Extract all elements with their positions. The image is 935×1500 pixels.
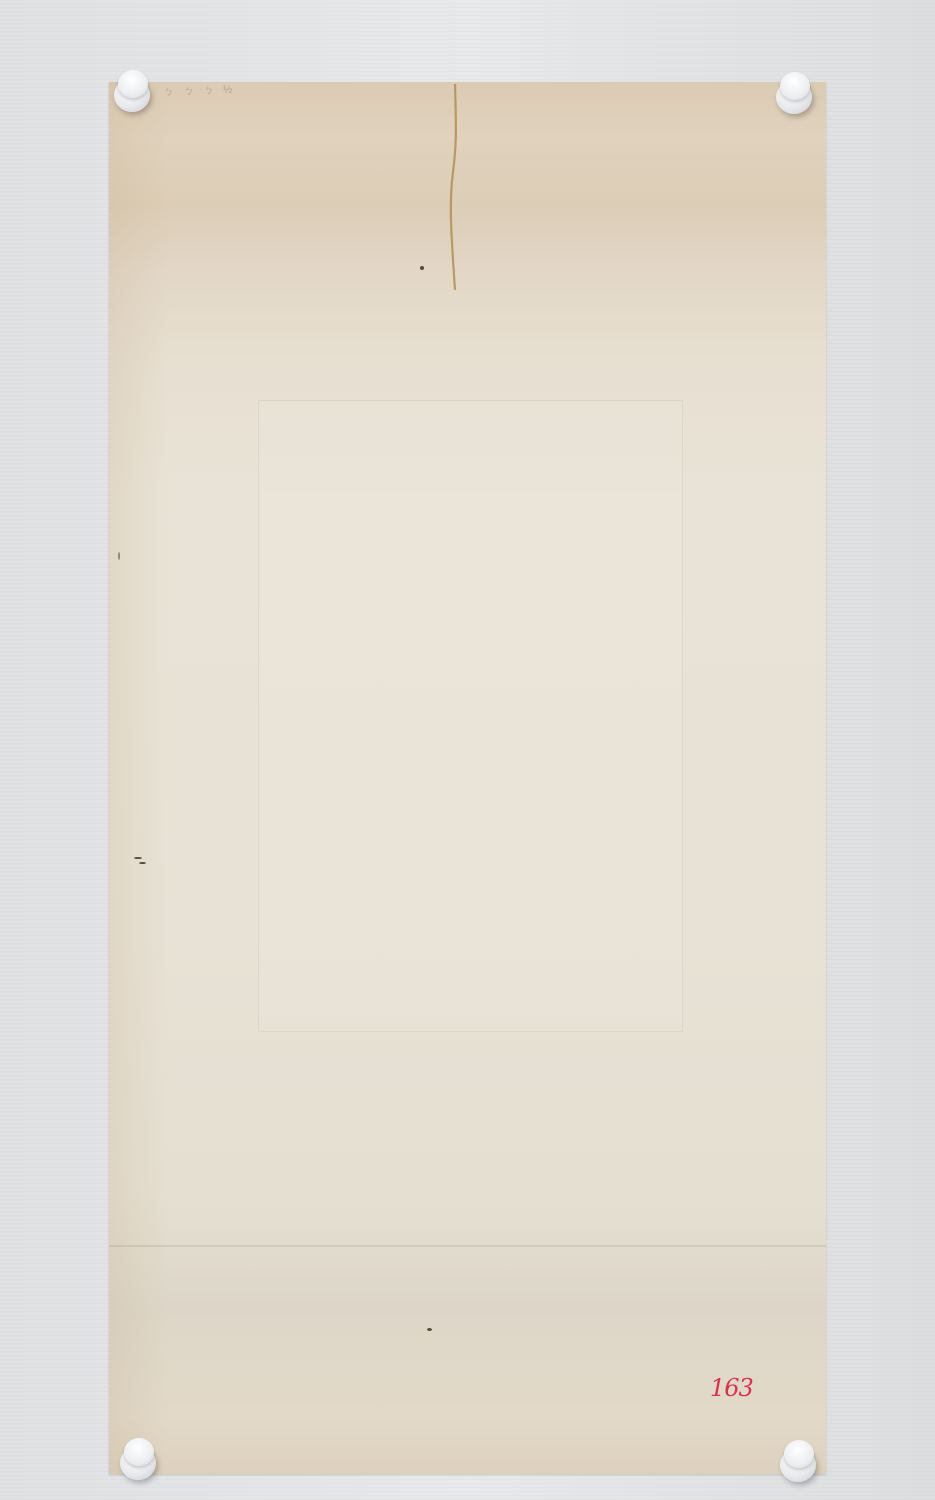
magnet-bottom-right bbox=[780, 1440, 824, 1484]
paper-edge-shading bbox=[109, 82, 169, 1474]
magnet-bottom-left bbox=[120, 1438, 164, 1482]
stain-spot bbox=[427, 1328, 432, 1331]
pencil-inscription: ㄅ ㄅ ㄅ ½ bbox=[163, 81, 236, 100]
magnet-top-left bbox=[114, 70, 158, 114]
scroll-paper: ㄅ ㄅ ㄅ ½ 163 bbox=[109, 82, 826, 1474]
mounted-painting-outline bbox=[258, 400, 683, 1032]
magnet-cap bbox=[118, 70, 148, 98]
stain-spot bbox=[118, 552, 120, 560]
stain-spot bbox=[139, 862, 146, 864]
magnet-top-right bbox=[776, 72, 820, 116]
vertical-stain-line bbox=[447, 82, 463, 292]
stain-spot bbox=[420, 266, 424, 270]
magnet-cap bbox=[784, 1440, 814, 1468]
horizontal-fold-line bbox=[109, 1245, 826, 1247]
magnet-cap bbox=[780, 72, 810, 100]
magnet-cap bbox=[124, 1438, 154, 1466]
stain-spot bbox=[134, 857, 142, 859]
red-inventory-number: 163 bbox=[710, 1374, 753, 1402]
